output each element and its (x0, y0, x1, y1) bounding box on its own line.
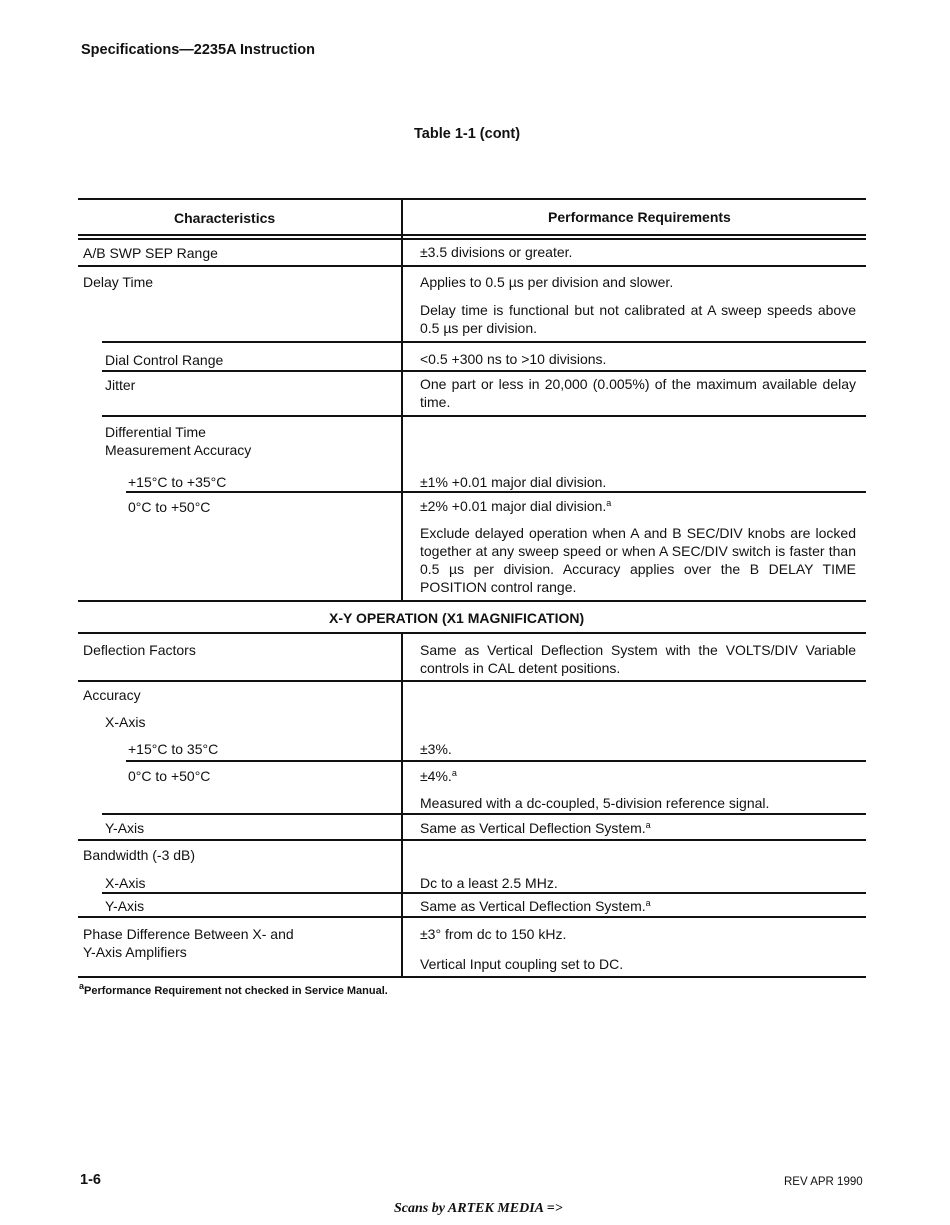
row-value-delay-time-2: Delay time is functional but not calibra… (420, 301, 856, 337)
row-label-diff-range-15-35: +15°C to +35°C (128, 473, 226, 491)
row-note-accuracy-range-0-50: Measured with a dc-coupled, 5-division r… (420, 794, 769, 812)
row-value-accuracy-y-axis: Same as Vertical Deflection System.a (420, 819, 651, 837)
row-label-accuracy-x-axis: X-Axis (105, 713, 145, 731)
row-value-dial-control-range: <0.5 +300 ns to >10 divisions. (420, 350, 606, 368)
row-label-accuracy-range-15-35: +15°C to 35°C (128, 740, 218, 758)
row-rule (126, 491, 866, 493)
row-label-delay-time: Delay Time (83, 273, 153, 291)
row-label-accuracy-range-0-50: 0°C to +50°C (128, 767, 210, 785)
row-note-diff-range-0-50: Exclude delayed operation when A and B S… (420, 524, 856, 596)
header-rule-2 (78, 238, 866, 240)
table-top-rule (78, 198, 866, 200)
row-value-phase-difference-1: ±3° from dc to 150 kHz. (420, 925, 566, 943)
column-header-performance: Performance Requirements (548, 209, 731, 225)
row-label-deflection-factors: Deflection Factors (83, 641, 196, 659)
row-value-bandwidth-x-axis: Dc to a least 2.5 MHz. (420, 874, 558, 892)
row-rule (78, 839, 866, 841)
xy-section-heading: X-Y OPERATION (X1 MAGNIFICATION) (329, 610, 584, 626)
row-label-bandwidth: Bandwidth (-3 dB) (83, 846, 195, 864)
row-label-diff-range-0-50: 0°C to +50°C (128, 498, 210, 516)
section-rule (78, 600, 866, 602)
row-label-accuracy: Accuracy (83, 686, 141, 704)
row-rule (78, 680, 866, 682)
row-label-ab-swp-sep: A/B SWP SEP Range (83, 244, 218, 262)
row-value-jitter: One part or less in 20,000 (0.005%) of t… (420, 375, 856, 411)
row-value-diff-range-0-50: ±2% +0.01 major dial division.a (420, 497, 611, 515)
row-value-phase-difference-2: Vertical Input coupling set to DC. (420, 955, 623, 973)
row-value-accuracy-range-0-50: ±4%.a (420, 767, 457, 785)
row-label-bandwidth-x-axis: X-Axis (105, 874, 145, 892)
row-label-accuracy-y-axis: Y-Axis (105, 819, 144, 837)
row-rule (102, 415, 866, 417)
row-rule (102, 892, 866, 894)
column-divider-bottom (401, 632, 403, 977)
section-rule (78, 632, 866, 634)
row-label-jitter: Jitter (105, 376, 135, 394)
revision-date: REV APR 1990 (784, 1176, 863, 1188)
column-header-characteristics: Characteristics (174, 210, 275, 226)
page-header: Specifications—2235A Instruction (81, 42, 315, 58)
header-rule-1 (78, 234, 866, 236)
row-label-bandwidth-y-axis: Y-Axis (105, 897, 144, 915)
row-rule (102, 813, 866, 815)
footnote-marker: a (646, 820, 651, 830)
row-value-deflection-factors: Same as Vertical Deflection System with … (420, 641, 856, 677)
row-label-phase-difference-1: Phase Difference Between X- and (83, 925, 294, 943)
row-value-bandwidth-y-axis: Same as Vertical Deflection System.a (420, 897, 651, 915)
row-label-phase-difference-2: Y-Axis Amplifiers (83, 943, 187, 961)
row-rule (78, 265, 866, 267)
row-value-delay-time-1: Applies to 0.5 µs per division and slowe… (420, 273, 673, 291)
row-rule (78, 916, 866, 918)
scan-credit: Scans by ARTEK MEDIA => (394, 1201, 563, 1217)
row-rule (102, 370, 866, 372)
row-rule (126, 760, 866, 762)
footnote: aPerformance Requirement not checked in … (79, 985, 388, 997)
table-bottom-rule (78, 976, 866, 978)
footnote-marker: a (452, 768, 457, 778)
page-number: 1-6 (80, 1172, 101, 1188)
row-label-measurement-accuracy: Measurement Accuracy (105, 441, 251, 459)
footnote-marker: a (646, 898, 651, 908)
row-rule (102, 341, 866, 343)
row-label-dial-control-range: Dial Control Range (105, 351, 223, 369)
row-value-diff-range-15-35: ±1% +0.01 major dial division. (420, 473, 606, 491)
column-divider-top (401, 198, 403, 601)
table-title: Table 1-1 (cont) (414, 126, 520, 142)
footnote-marker: a (606, 498, 611, 508)
row-value-ab-swp-sep: ±3.5 divisions or greater. (420, 243, 572, 261)
row-value-accuracy-range-15-35: ±3%. (420, 740, 452, 758)
row-label-differential-time: Differential Time (105, 423, 206, 441)
